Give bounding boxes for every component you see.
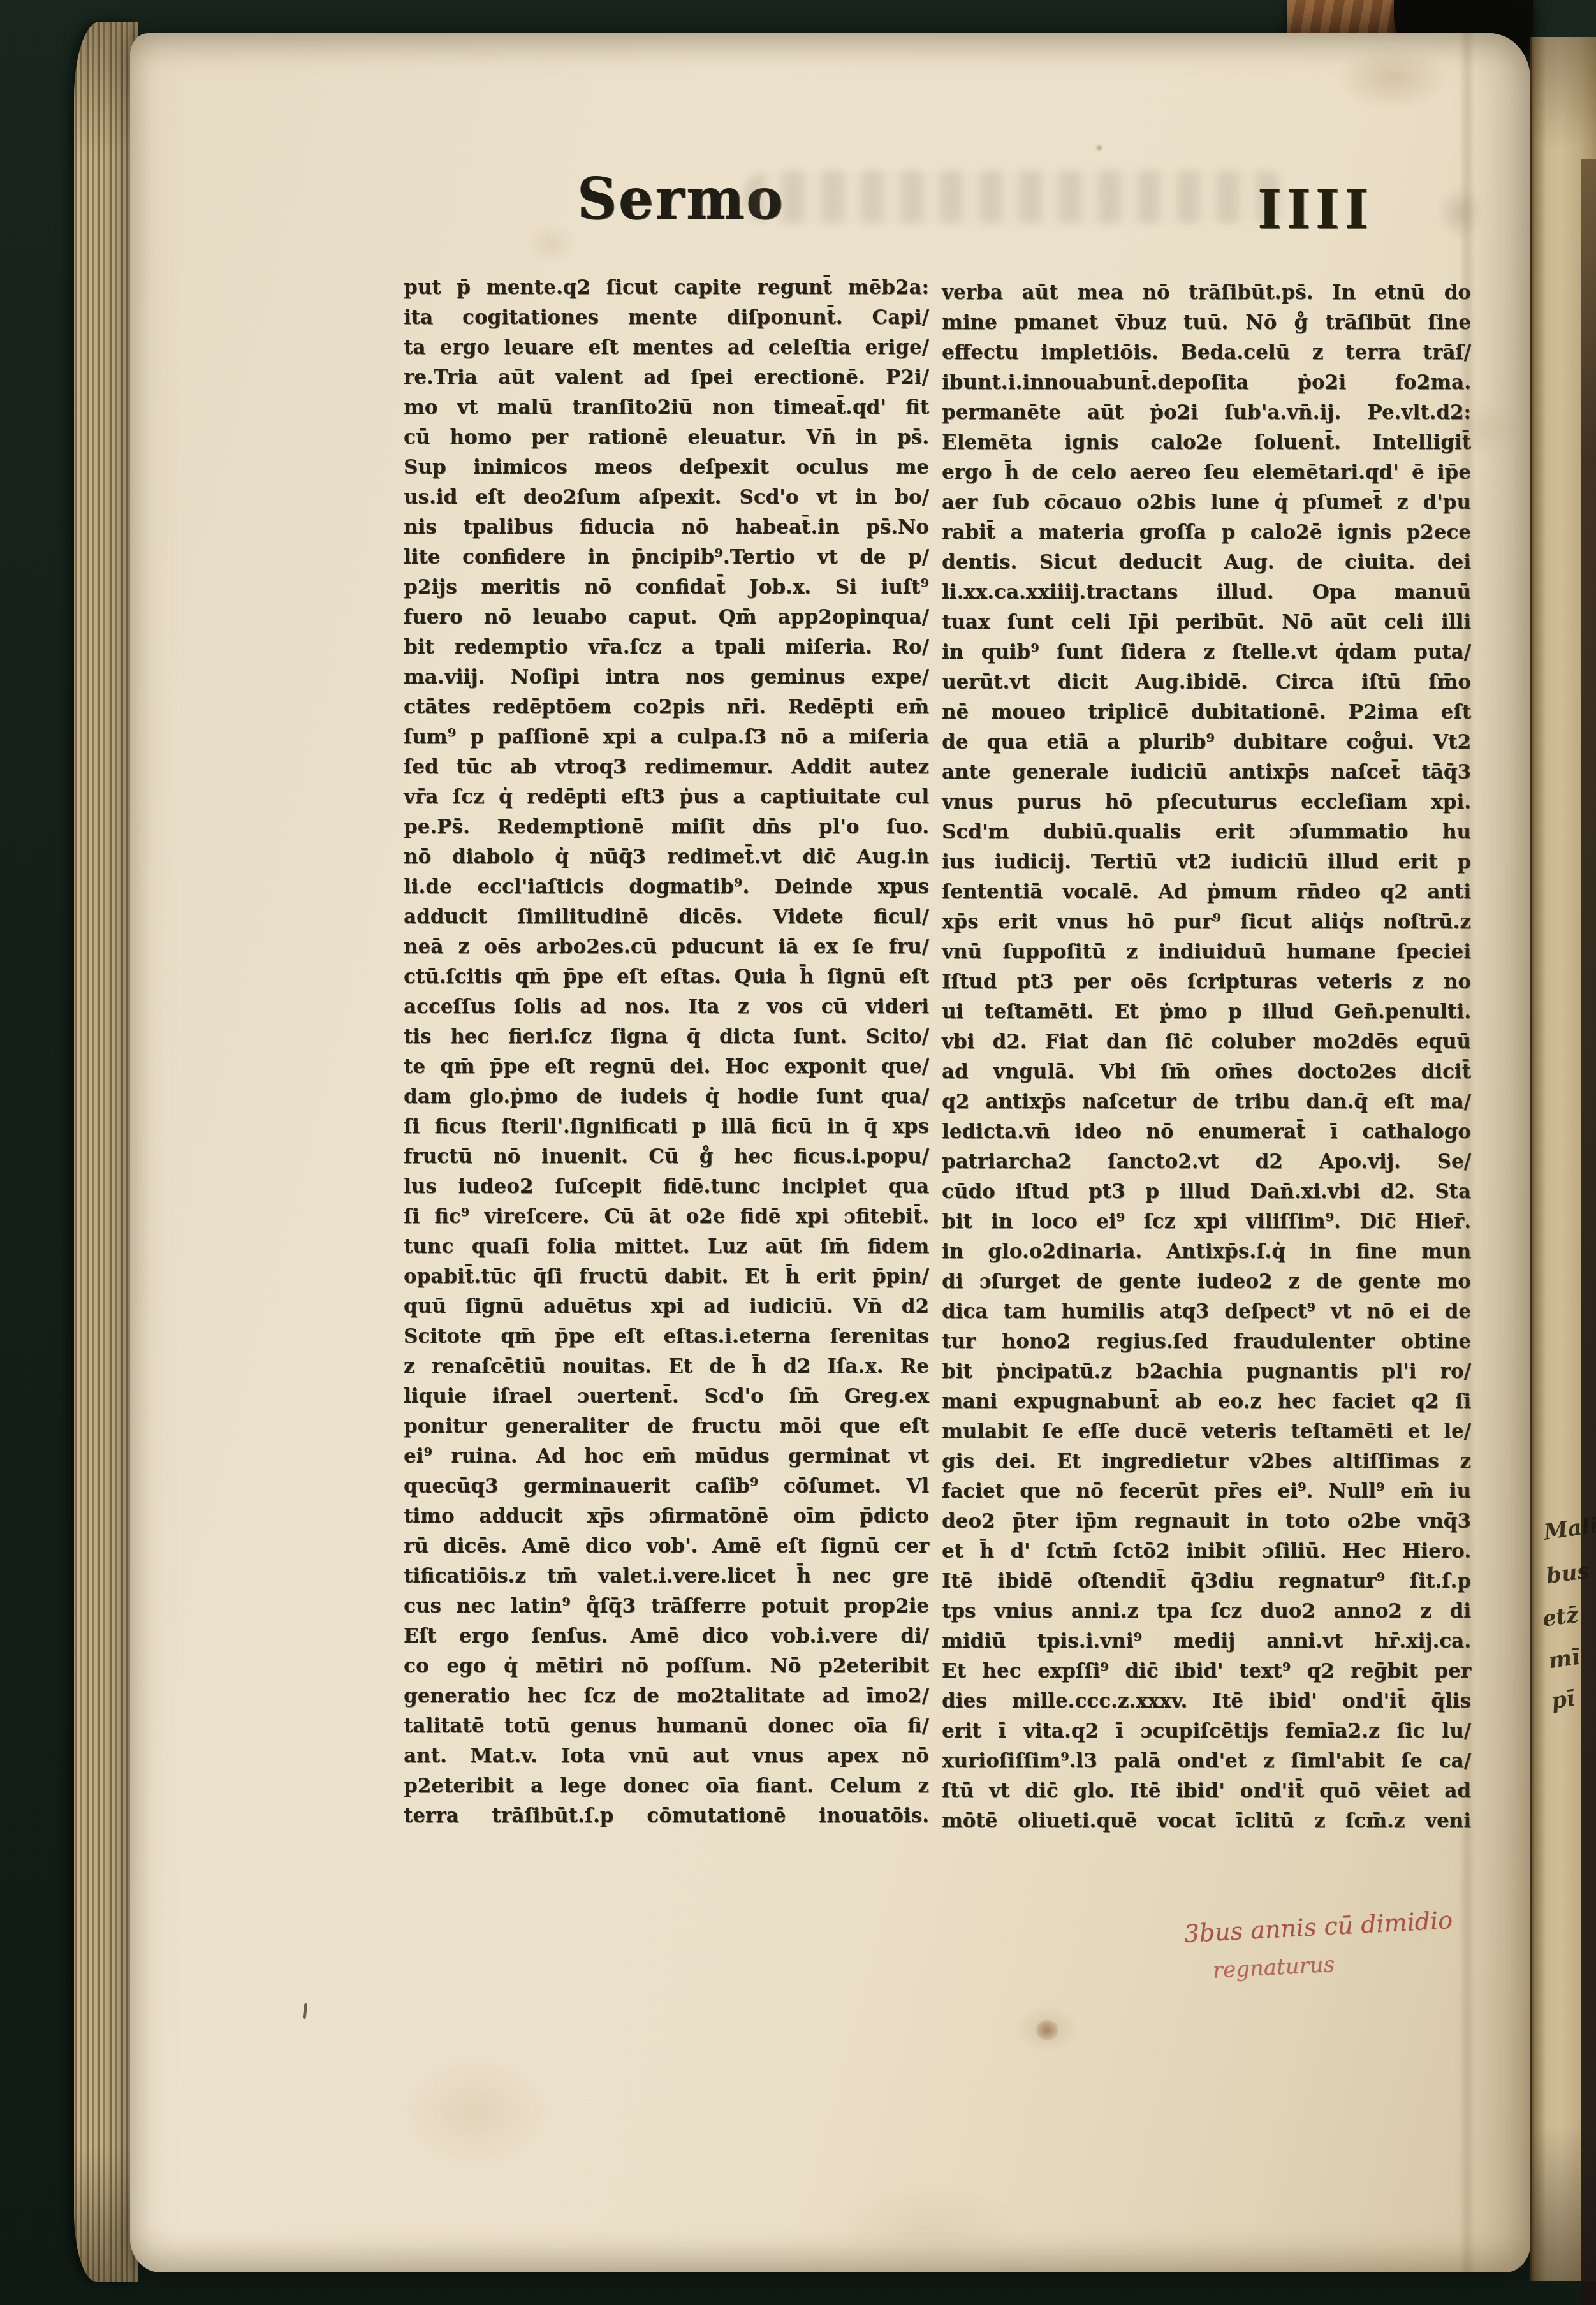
text-line: faciet que nō fecerūt pr̄es ei⁹. Null⁹ e… (942, 1477, 1471, 1507)
text-line: ſtū vt dic̄ glo. Itē ibid' ond'it̄ quō v… (942, 1776, 1471, 1806)
text-line: cū homo per rationē eleuatur. Vn̄ in ps̄… (404, 423, 929, 453)
text-line: vr̄a ſcz q̇ redēpti eſt3 ṗus a captiuita… (404, 782, 929, 812)
text-line: ponitur generaliter de fructu mōi que eſ… (404, 1412, 929, 1442)
text-line: re.Tria aūt valent ad ſpei erectionē. P2… (404, 363, 929, 393)
text-line: mulabit ſe eſſe ducē veteris teſtamēti e… (942, 1417, 1471, 1447)
text-line: dentis. Sicut deducit Aug. de ciuita. de… (942, 548, 1471, 578)
text-line: liquie iſrael ɔuertent̄. Scd'o ſm̄ Greg.… (404, 1382, 929, 1412)
text-line: mōtē oliueti.quē vocat īclitū z ſcm̄.z v… (942, 1806, 1471, 1836)
text-line: dies mille.ccc.z.xxxv. Itē ibid' ond'it̄… (942, 1687, 1471, 1716)
text-line: put p̄ mente.q2 ſicut capite regunt̄ mēb… (404, 273, 929, 303)
red-manuscript-note: 3bus annis cū dimidio regnaturus (1183, 1901, 1455, 1991)
text-line: cūdo iſtud pt3 p illud Dan̄.xi.vbi d2. S… (942, 1177, 1471, 1207)
text-column-left: put p̄ mente.q2 ſicut capite regunt̄ mēb… (404, 273, 929, 1831)
text-line: in glo.o2dinaria. Antixp̄s.ſ.q̇ in fine … (942, 1237, 1471, 1267)
text-line: ſed tūc ab vtroq3 redimemur. Addit autez (404, 752, 929, 782)
text-line: permanēte aūt ṗo2i ſub'a.vn̄.ij. Pe.vlt.… (942, 398, 1471, 428)
text-line: ita cogitationes mente diſponunt̄. Capi/ (404, 303, 929, 333)
text-line: quecūq3 germinauerit caſib⁹ cōſumet. Vl (404, 1472, 929, 1502)
text-line: z renaſcētiū nouitas. Et de h̄ d2 Iſa.x.… (404, 1352, 929, 1382)
text-line: dam glo.ṗmo de iudeis q̇ hodie ſunt qua/ (404, 1082, 929, 1112)
text-line: tuax ſunt celi Ip̄i peribūt. Nō aūt celi… (942, 608, 1471, 638)
text-line: mani expugnabunt̄ ab eo.z hec faciet q2 … (942, 1387, 1471, 1417)
text-line: tur hono2 regius.ſed fraudulenter obtine (942, 1327, 1471, 1357)
text-line: Eſt ergo ſenſus. Amē dico vob.i.vere di/ (404, 1621, 929, 1651)
text-line: vnū ſuppoſitū z indiuiduū humane ſpeciei (942, 937, 1471, 967)
text-line: terra trāſibūt.ſ.p cōmutationē inouatōis… (404, 1801, 929, 1831)
text-line: te qm̄ p̄pe eſt regnū dei. Hoc exponit q… (404, 1052, 929, 1082)
text-line: neā z oēs arbo2es.cū pducunt iā ex ſe fr… (404, 932, 929, 962)
image-right-edge-shadow (1581, 159, 1596, 2305)
text-line: Scitote qm̄ p̄pe eſt eſtas.i.eterna ſere… (404, 1322, 929, 1352)
text-line: ta ergo leuare eſt mentes ad celeſtia er… (404, 333, 929, 363)
text-line: rū dicēs. Amē dico vob'. Amē eſt ſignū c… (404, 1532, 929, 1562)
text-line: di ɔſurget de gente iudeo2 z de gente mo (942, 1267, 1471, 1297)
text-line: us.id eſt deo2ſum aſpexit. Scd'o vt in b… (404, 483, 929, 513)
text-line: nis tpalibus fiducia nō habeat̄.in ps̄.N… (404, 513, 929, 543)
text-line: de qua etiā a plurib⁹ dubitare cog̊ui. V… (942, 728, 1471, 757)
book-page: Sermo IIII put p̄ mente.q2 ſicut capite … (130, 33, 1530, 2272)
folio-number: IIII (1257, 179, 1373, 242)
text-line: ſententiā vocalē. Ad ṗmum rn̄deo q2 anti (942, 877, 1471, 907)
text-line: patriarcha2 ſancto2.vt d2 Apo.vij. Se/ (942, 1147, 1471, 1177)
margin-note-fragment: etz̄ (1541, 1602, 1580, 1632)
text-line: ctātes redēptōem co2pis nr̄i. Redēpti em… (404, 692, 929, 722)
text-line: midiū tpis.i.vni⁹ medij anni.vt hr̄.xij.… (942, 1627, 1471, 1657)
text-line: cus nec latin⁹ q̊ſq̄3 trāſferre potuit p… (404, 1592, 929, 1621)
text-line: tis hec fieri.ſcz ſigna q̄ dicta ſunt. S… (404, 1022, 929, 1052)
text-line: Scd'm dubiū.qualis erit ɔſummatio hu (942, 817, 1471, 847)
text-line: ma.viij. Noſipi intra nos geminus expe/ (404, 662, 929, 692)
text-line: Iſtud pt3 per oēs ſcripturas veteris z n… (942, 967, 1471, 997)
text-line: talitatē totū genus humanū donec oīa fi/ (404, 1711, 929, 1741)
text-line: ante generale iudiciū antixp̄s naſcet̄ t… (942, 757, 1471, 787)
text-line: bit in loco ei⁹ ſcz xpi viliſſim⁹. Dic̄ … (942, 1207, 1471, 1237)
text-line: xp̄s erit vnus hō pur⁹ ſicut aliq̇s noſt… (942, 907, 1471, 937)
text-line: timo adducit xp̄s ɔfirmatōnē oīm p̄dicto (404, 1502, 929, 1532)
text-line: tps vnius anni.z tpa ſcz duo2 anno2 z di (942, 1597, 1471, 1627)
text-line: mo vt malū tranſito2iū non timeat̄.qd' f… (404, 393, 929, 423)
text-line: acceſſus ſolis ad nos. Ita z vos cū vide… (404, 992, 929, 1022)
text-line: Itē ibidē oſtendit̄ q̄3diu regnatur⁹ ſit… (942, 1567, 1471, 1597)
text-line: Et hec expſſi⁹ dic̄ ibid' text⁹ q2 reḡbi… (942, 1657, 1471, 1687)
text-line: ius iudicij. Tertiū vt2 iudiciū illud er… (942, 847, 1471, 877)
text-line: ſum⁹ p paſſionē xpi a culpa.ſ3 nō a miſe… (404, 722, 929, 752)
text-line: nē moueo triplicē dubitationē. P2ima eſt (942, 698, 1471, 728)
text-column-right: verba aūt mea nō trāſibūt.ps̄. In etnū d… (942, 278, 1471, 1836)
text-line: ant. Mat.v. Iota vnū aut vnus apex nō (404, 1741, 929, 1771)
text-line: tunc quaſi folia mittet. Luz aūt ſm̄ fid… (404, 1232, 929, 1262)
text-line: bit redemptio vr̄a.ſcz a tpali miſeria. … (404, 633, 929, 662)
text-line: ſi ficus ſteril'.ſignificati p illā ficū… (404, 1112, 929, 1142)
text-line: bit ṗncipatū.z b2achia pugnantis pl'i ro… (942, 1357, 1471, 1387)
text-line: fructū nō inuenit. Cū g̊ hec ficus.i.pop… (404, 1142, 929, 1172)
text-line: aer ſub cōcauo o2bis lune q̇ pſumet̄ z d… (942, 488, 1471, 518)
text-line: ibunt.i.innouabunt̄.depoſita ṗo2i fo2ma. (942, 368, 1471, 398)
text-line: ei⁹ ruina. Ad hoc em̄ mūdus germinat vt (404, 1442, 929, 1472)
text-line: nō diabolo q̇ nūq̄3 redimet̄.vt dic̄ Aug… (404, 842, 929, 872)
text-line: Sup inimicos meos deſpexit oculus me (404, 453, 929, 483)
text-line: gis dei. Et ingredietur v2bes altiſſimas… (942, 1447, 1471, 1477)
text-line: tificatiōis.z tm̄ valet.i.vere.licet h̄ … (404, 1562, 929, 1592)
text-line: erit ī vita.q2 ī ɔcupiſcētijs femīa2.z ſ… (942, 1716, 1471, 1746)
text-line: lite confidere in p̄ncipib⁹.Tertio vt de… (404, 543, 929, 573)
text-line: p2ijs meritis nō confidat̄ Job.x. Si iuſ… (404, 573, 929, 603)
text-line: et h̄ d' ſctm̄ ſctō2 inibit ɔſiliū. Hec … (942, 1537, 1471, 1567)
text-line: fuero nō leuabo caput. Qm̄ app2opinqua/ (404, 603, 929, 633)
text-line: effectu impletiōis. Beda.celū z terra tr… (942, 338, 1471, 368)
text-line: co ego q̇ mētiri nō poſſum. Nō p2eteribi… (404, 1651, 929, 1681)
text-line: quū ſignū aduētus xpi ad iudiciū. Vn̄ d2 (404, 1292, 929, 1322)
offset-ghost-mark (1438, 185, 1483, 240)
text-line: ad vngulā. Vbi ſm̄ om̄es docto2es dicit̄ (942, 1057, 1471, 1087)
text-line: ſi fic⁹ vireſcere. Cū āt o2e fidē xpi ɔf… (404, 1202, 929, 1232)
text-line: ui teſtamēti. Et ṗmo p illud Gen̄.penult… (942, 997, 1471, 1027)
text-line: vbi d2. Fiat dan ſic̄ coluber mo2dēs equ… (942, 1027, 1471, 1057)
page-edge-stack (74, 22, 138, 2282)
margin-note-fragment: pī (1549, 1686, 1576, 1715)
margin-note-fragment: mī (1547, 1644, 1581, 1674)
offset-ghost-impression (743, 171, 1291, 223)
ink-speck (303, 2003, 308, 2019)
text-line: ctū.ſcitis qm̄ p̄pe eſt eſtas. Quia h̄ ſ… (404, 962, 929, 992)
text-line: adducit ſimilitudinē dicēs. Videte ficul… (404, 902, 929, 932)
text-line: q2 antixp̄s naſcetur de tribu dan.q̄ eſt… (942, 1087, 1471, 1117)
text-line: lus iudeo2 ſuſcepit fidē.tunc incipiet q… (404, 1172, 929, 1202)
text-line: mine pmanet v̄buz tuū. Nō g̊ trāſibūt ſi… (942, 308, 1471, 338)
text-line: uerūt.vt dicit Aug.ibidē. Circa iſtū ſm̄… (942, 668, 1471, 698)
text-line: xurioſiſſim⁹.l3 palā ond'et z ſiml'abit … (942, 1746, 1471, 1776)
text-line: deo2 p̄ter ip̄m regnauit in toto o2be vn… (942, 1507, 1471, 1537)
text-line: p2eteribit a lege donec oīa fiant. Celum… (404, 1771, 929, 1801)
text-line: opabit̄.tūc q̄ſi fructū dabit. Et h̄ eri… (404, 1262, 929, 1292)
text-line: pe.Ps̄. Redemptionē miſit dn̄s pl'o ſuo. (404, 812, 929, 842)
text-line: rabit̄ a materia groſſa p calo2ē ignis p… (942, 518, 1471, 548)
text-line: dica tam humilis atq3 deſpect⁹ vt nō ei … (942, 1297, 1471, 1327)
text-line: li.de eccl'iaſticis dogmatib⁹. Deinde xp… (404, 872, 929, 902)
text-line: in quib⁹ ſunt ſidera z ſtelle.vt q̇dam p… (942, 638, 1471, 668)
text-line: ergo h̄ de celo aereo ſeu elemētari.qd' … (942, 458, 1471, 488)
text-line: generatio hec ſcz de mo2talitate ad īmo2… (404, 1681, 929, 1711)
text-line: vnus purus hō pſecuturus eccleſiam xpi. (942, 787, 1471, 817)
text-line: Elemēta ignis calo2e ſoluent̄. Intelligi… (942, 428, 1471, 458)
text-line: verba aūt mea nō trāſibūt.ps̄. In etnū d… (942, 278, 1471, 308)
text-line: ledicta.vn̄ ideo nō enumerat̄ ī cathalog… (942, 1117, 1471, 1147)
text-line: li.xx.ca.xxiiij.tractans illud. Opa manu… (942, 578, 1471, 608)
